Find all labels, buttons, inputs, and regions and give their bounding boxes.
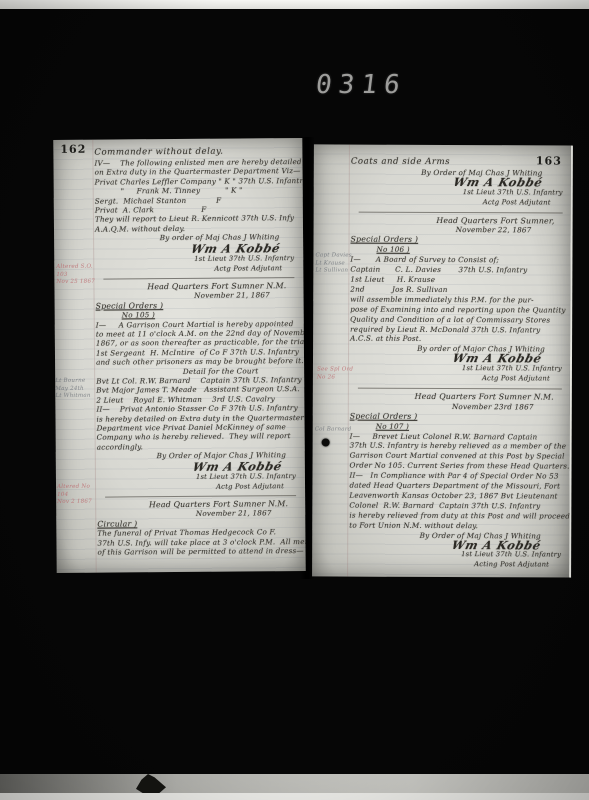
margin-note: Altered S.O. 103Nov 25 1867 [56, 264, 102, 287]
handwritten-line: Colonel R.W. Barnard Captain 37th U.S. I… [349, 501, 565, 512]
handwritten-line: Wm A Kobbé [95, 460, 301, 474]
handwritten-line: Wm A Kobbé [349, 354, 568, 365]
handwritten-line: will assemble immediately this P.M. for … [350, 294, 566, 305]
margin-note: Lt BourneMay 24thLt Whitman [55, 378, 101, 401]
handwritten-line: Capt Davies [315, 252, 361, 260]
film-strip-bottom-gray [0, 774, 589, 794]
handwritten-line: Col Barnard [315, 426, 361, 434]
handwritten-line [359, 207, 563, 213]
handwritten-line [103, 273, 294, 279]
handwritten-line: November 21, 1867 [97, 508, 300, 519]
handwritten-line: Company who is hereby relieved. They wil… [97, 432, 300, 443]
handwritten-line: They will report to Lieut R. Kennicott 3… [95, 214, 298, 225]
handwritten-line: Wm A Kobbé [348, 540, 567, 551]
frame-counter-stamp: 0316 [314, 70, 408, 100]
handwritten-line: Altered S.O. 103 [56, 264, 102, 279]
handwritten-line: Acting Post Adjutant [349, 560, 565, 571]
handwritten-line: Nov 2 1867 [57, 499, 103, 507]
margin-note: Capt DaviesLt KrauseLt Sullivan [315, 252, 361, 275]
handwritten-line: No 107 ) [350, 421, 566, 432]
handwritten-line: 2nd Jos R. Sullivan [350, 284, 566, 295]
handwritten-line: Coats and side Arms [351, 158, 567, 169]
margin-note: Altered No 104Nov 2 1867 [57, 484, 103, 507]
handwritten-line: Wm A Kobbé [350, 177, 569, 188]
ledger-page-right: 163 Coats and side ArmsBy Order of Maj C… [312, 144, 573, 577]
handwritten-body-left: Commander without delay.IV— The followin… [94, 145, 300, 557]
handwritten-line: Lt Sullivan [315, 267, 361, 275]
margin-note: Col Barnard [315, 426, 361, 434]
handwritten-line: Quality and Condition of a lot of Commis… [350, 314, 566, 325]
margin-note: See Spl OrdNo 26 [317, 366, 363, 381]
handwritten-line [358, 384, 562, 390]
handwritten-line: pose of Examining into and reporting upo… [350, 304, 566, 315]
handwritten-line: and such other prisoners as may be broug… [96, 356, 299, 367]
handwritten-body-right: Coats and side ArmsBy Order of Maj Chas … [349, 158, 567, 571]
handwritten-line: No 26 [317, 374, 363, 382]
handwritten-line: is hereby relieved from duty at this Pos… [349, 510, 565, 521]
film-strip-bottom-white [0, 793, 589, 800]
handwritten-line: Nov 25 1867 [56, 279, 102, 287]
handwritten-line [105, 491, 296, 497]
handwritten-line: to Fort Union N.M. without delay. [349, 520, 565, 531]
ledger-page-left: 162 Commander without delay.IV— The foll… [53, 138, 305, 573]
handwritten-line: Wm A Kobbé [94, 242, 300, 256]
scanned-document-photo: 0316 162 Commander without delay.IV— The… [0, 0, 589, 800]
handwritten-line: November 21, 1867 [95, 290, 298, 301]
ink-blot [322, 438, 330, 446]
handwritten-line: See Spl Ord [317, 366, 363, 374]
handwritten-line: Lt Whitman [55, 393, 101, 401]
page-number-left: 162 [60, 143, 86, 156]
handwritten-line: of this Garrison will be permitted to at… [98, 546, 301, 557]
film-strip-top [0, 0, 589, 9]
handwritten-line: Special Orders ) [350, 411, 566, 422]
handwritten-line: Altered No 104 [57, 484, 103, 499]
